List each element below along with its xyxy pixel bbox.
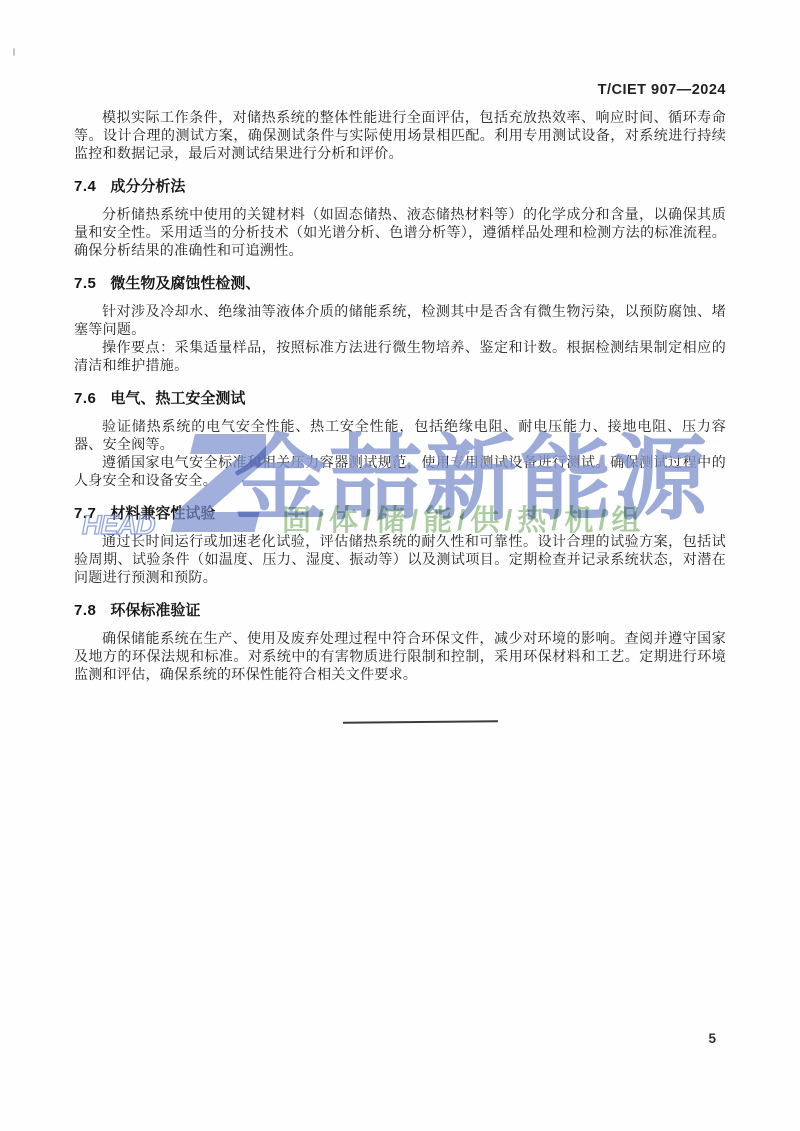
paragraph: 确保储能系统在生产、使用及废弃处理过程中符合环保文件，减少对环境的影响。查阅并遵… <box>74 629 726 683</box>
paragraph: 针对涉及冷却水、绝缘油等液体介质的储能系统，检测其中是否含有微生物污染，以预防腐… <box>74 302 726 338</box>
page-number: 5 <box>708 1031 716 1046</box>
section-heading-7-5: 7.5微生物及腐蚀性检测、 <box>74 274 726 293</box>
section-number: 7.5 <box>74 275 96 292</box>
section-title: 微生物及腐蚀性检测、 <box>110 275 260 292</box>
document-page: T/CIET 907—2024 模拟实际工作条件，对储热系统的整体性能进行全面评… <box>0 0 800 1131</box>
section-heading-7-7: 7.7材料兼容性试验 <box>74 504 726 523</box>
paragraph: 通过长时间运行或加速老化试验，评估储热系统的耐久性和可靠性。设计合理的试验方案，… <box>74 532 726 586</box>
scan-artifact <box>13 48 15 56</box>
section-title: 材料兼容性试验 <box>110 505 215 522</box>
paragraph: 操作要点：采集适量样品，按照标准方法进行微生物培养、鉴定和计数。根据检测结果制定… <box>74 338 726 374</box>
paragraph: 验证储热系统的电气安全性能、热工安全性能，包括绝缘电阻、耐电压能力、接地电阻、压… <box>74 417 726 453</box>
section-title: 电气、热工安全测试 <box>110 390 245 407</box>
paragraph: 遵循国家电气安全标准和相关压力容器测试规范，使用专用测试设备进行测试。确保测试过… <box>74 453 726 489</box>
section-heading-7-6: 7.6电气、热工安全测试 <box>74 389 726 408</box>
section-number: 7.8 <box>74 602 96 619</box>
doc-number: T/CIET 907—2024 <box>598 82 726 98</box>
section-heading-7-4: 7.4成分分析法 <box>74 177 726 196</box>
document-content: 模拟实际工作条件，对储热系统的整体性能进行全面评估，包括充放热效率、响应时间、循… <box>74 108 726 683</box>
divider-line <box>343 720 498 724</box>
section-title: 成分分析法 <box>110 178 185 195</box>
section-heading-7-8: 7.8环保标准验证 <box>74 601 726 620</box>
section-number: 7.6 <box>74 390 96 407</box>
paragraph: 分析储热系统中使用的关键材料（如固态储热、液态储热材料等）的化学成分和含量，以确… <box>74 205 726 259</box>
section-number: 7.4 <box>74 178 96 195</box>
section-title: 环保标准验证 <box>110 602 200 619</box>
paragraph-intro: 模拟实际工作条件，对储热系统的整体性能进行全面评估，包括充放热效率、响应时间、循… <box>74 108 726 162</box>
section-number: 7.7 <box>74 505 96 522</box>
